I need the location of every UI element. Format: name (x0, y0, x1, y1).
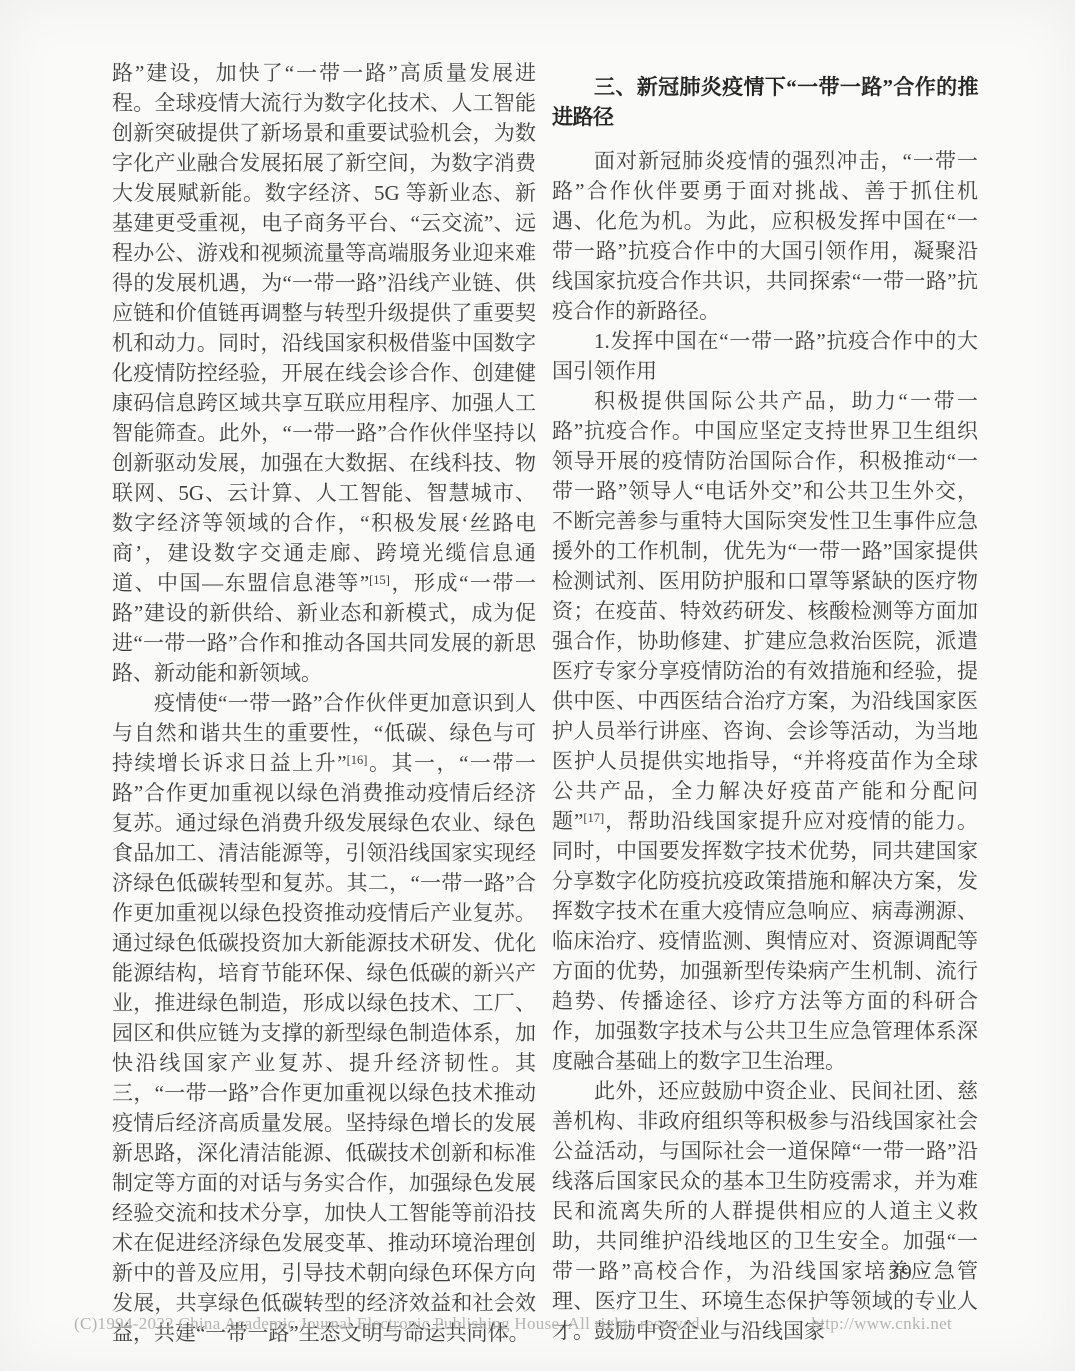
page-number: · 39 · (552, 1260, 930, 1285)
document-page: 路”建设，加快了“一带一路”高质量发展进程。全球疫情大流行为数字化技术、人工智能… (0, 0, 1075, 1371)
paragraph-continuation-digital: 路”建设，加快了“一带一路”高质量发展进程。全球疫情大流行为数字化技术、人工智能… (112, 58, 536, 688)
section-heading-three: 三、新冠肺炎疫情下“一带一路”合作的推进路径 (552, 72, 978, 132)
footer-copyright: (C)1994-2022 China Academic Journal Elec… (74, 1314, 704, 1334)
footer-url: http://www.cnki.net (811, 1314, 952, 1334)
paragraph-facing-pandemic: 面对新冠肺炎疫情的强烈冲击，“一带一路”合作伙伴要勇于面对挑战、善于抓住机遇、化… (552, 146, 978, 326)
paragraph-public-goods: 积极提供国际公共产品，助力“一带一路”抗疫合作。中国应坚定支持世界卫生组织领导开… (552, 386, 978, 1076)
citation-reference: [16] (347, 753, 368, 767)
citation-reference: [15] (369, 573, 390, 587)
paragraph-green-recovery: 疫情使“一带一路”合作伙伴更加意识到人与自然和谐共生的重要性，“低碳、绿色与可持… (112, 688, 536, 1348)
citation-reference: [17] (583, 811, 604, 825)
subsection-heading-one: 1.发挥中国在“一带一路”抗疫合作中的大国引领作用 (552, 326, 978, 386)
paragraph-social-welfare: 此外，还应鼓励中资企业、民间社团、慈善机构、非政府组织等积极参与沿线国家社会公益… (552, 1076, 978, 1346)
right-column: 三、新冠肺炎疫情下“一带一路”合作的推进路径面对新冠肺炎疫情的强烈冲击，“一带一… (552, 58, 978, 1346)
left-column: 路”建设，加快了“一带一路”高质量发展进程。全球疫情大流行为数字化技术、人工智能… (112, 58, 536, 1348)
footer: (C)1994-2022 China Academic Journal Elec… (74, 1314, 952, 1334)
